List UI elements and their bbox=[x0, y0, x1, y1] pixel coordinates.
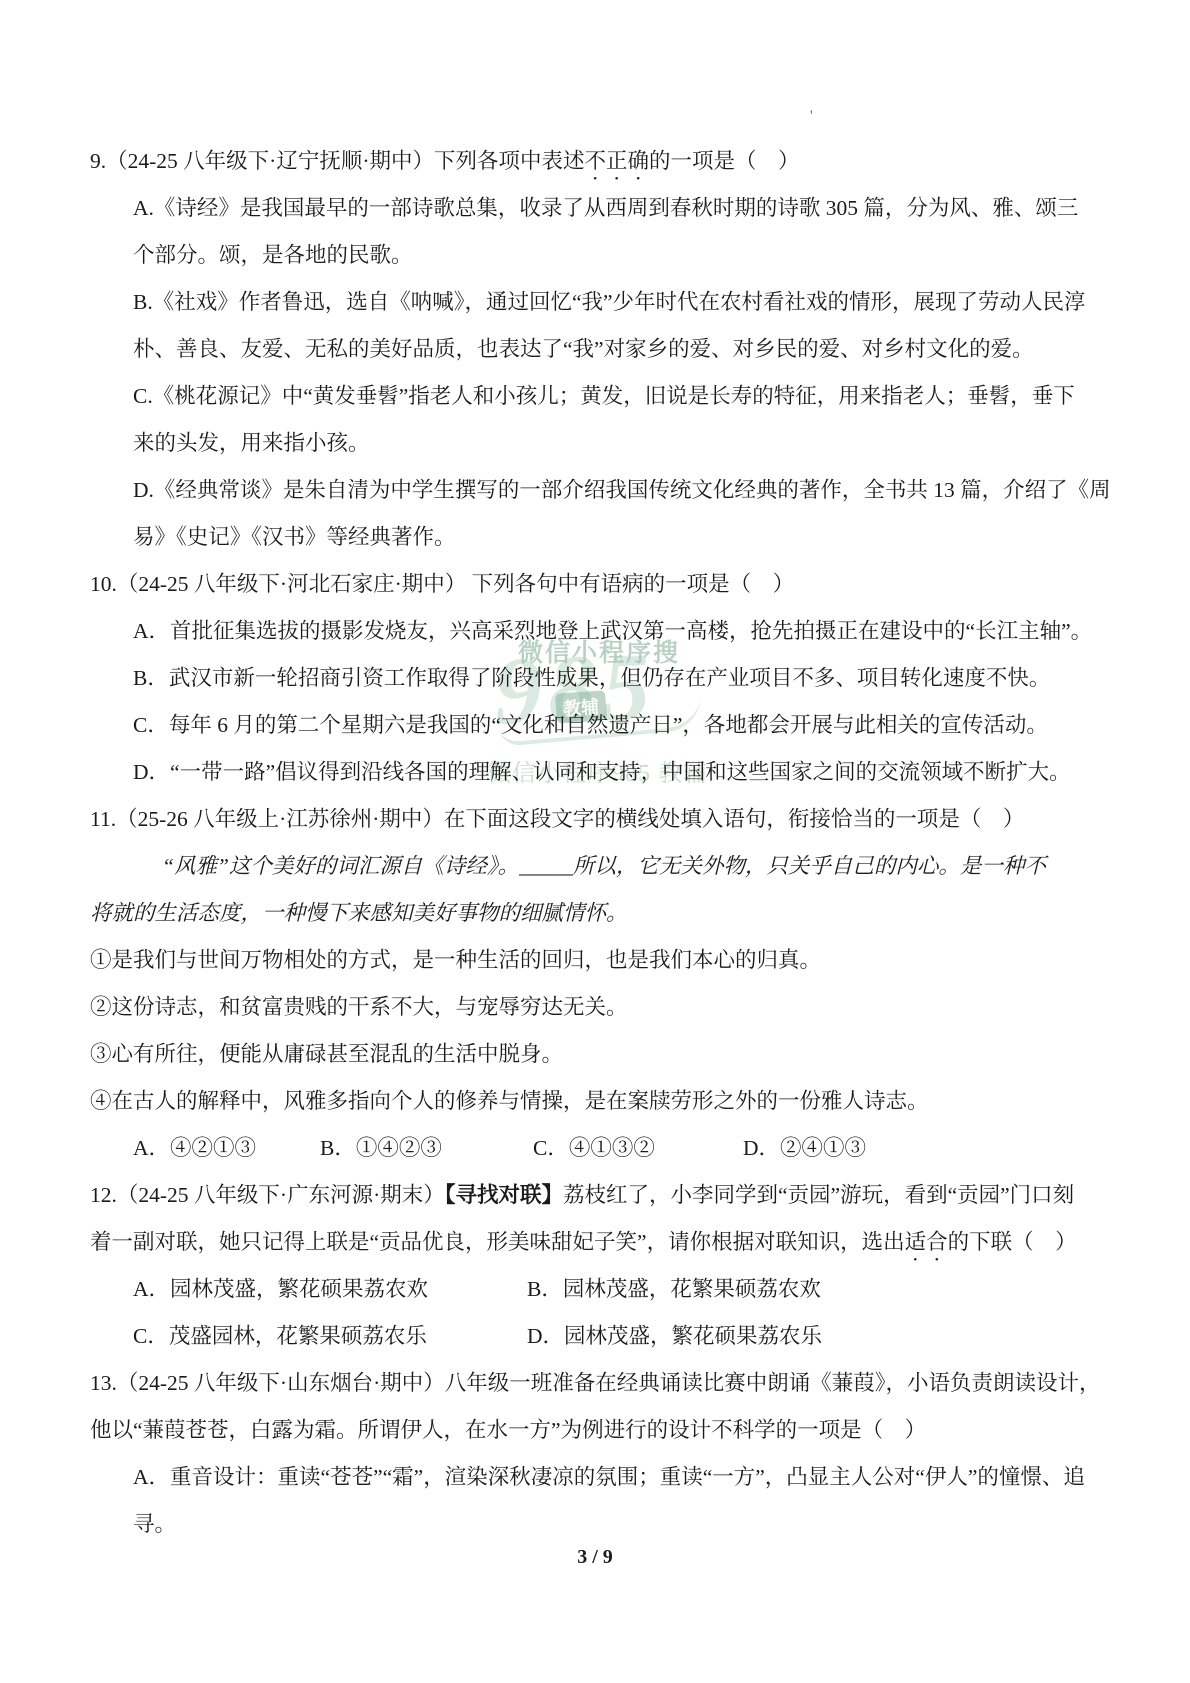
question-13-option-a-line-1: A．重音设计：重读“苍苍”“霜”，渲染深秋凄凉的氛围；重读“一方”，凸显主人公对… bbox=[90, 1454, 1102, 1501]
question-9-stem-pre: 9.（24-25 八年级下·辽宁抚顺·期中）下列各项中表述 bbox=[90, 149, 584, 173]
question-11-sentence-4: ④在古人的解释中，风雅多指向个人的修养与情操，是在案牍劳形之外的一份雅人诗志。 bbox=[90, 1078, 1102, 1125]
question-12-stem-text: 荔枝红了，小李同学到“贡园”游玩，看到“贡园”门口刻 bbox=[563, 1183, 1074, 1207]
question-11-option-d: D．②④①③ bbox=[743, 1136, 866, 1160]
question-9-option-b-line-1: B.《社戏》作者鲁迅，选自《呐喊》，通过回忆“我”少年时代在农村看社戏的情形，展… bbox=[90, 279, 1102, 326]
question-9-option-c-line-1: C.《桃花源记》中“黄发垂髫”指老人和小孩儿；黄发，旧说是长寿的特征，用来指老人… bbox=[90, 373, 1102, 420]
question-9-option-d-line-1: D.《经典常谈》是朱自清为中学生撰写的一部介绍我国传统文化经典的著作，全书共 1… bbox=[90, 467, 1102, 514]
question-12-options-row-2: C．茂盛园林，花繁果硕荔农乐D．园林茂盛，繁花硕果荔农乐 bbox=[90, 1313, 1102, 1360]
question-11-option-c: C．④①③② bbox=[533, 1125, 743, 1172]
question-13-option-a-line-2: 寻。 bbox=[90, 1501, 1102, 1548]
question-9-option-a-line-2: 个部分。颂，是各地的民歌。 bbox=[90, 232, 1102, 279]
question-11-sentence-3: ③心有所往，便能从庸碌甚至混乱的生活中脱身。 bbox=[90, 1031, 1102, 1078]
question-9-stem: 9.（24-25 八年级下·辽宁抚顺·期中）下列各项中表述不正确的一项是（ ） bbox=[90, 138, 1102, 185]
question-12-stem-source: 12.（24-25 八年级下·广东河源·期末） bbox=[90, 1183, 445, 1207]
question-12-stem-line-2-pre: 着一副对联，她只记得上联是“贡品优良，形美味甜妃子笑”，请你根据对联知识，选出 bbox=[90, 1230, 905, 1254]
question-9-option-d-line-2: 易》《史记》《汉书》等经典著作。 bbox=[90, 514, 1102, 561]
question-11-sentence-1: ①是我们与世间万物相处的方式，是一种生活的回归，也是我们本心的归真。 bbox=[90, 937, 1102, 984]
question-12-options-row-1: A．园林茂盛，繁花硕果荔农欢B．园林茂盛，花繁果硕荔农欢 bbox=[90, 1266, 1102, 1313]
question-12-option-d: D．园林茂盛，繁花硕果荔农乐 bbox=[527, 1324, 822, 1348]
question-12-stem-line-2-post: 的下联（ ） bbox=[948, 1230, 1077, 1254]
question-11-options: A．④②①③B．①④②③C．④①③②D．②④①③ bbox=[90, 1125, 1102, 1172]
question-10-option-c: C．每年 6 月的第二个星期六是我国的“文化和自然遗产日”，各地都会开展与此相关… bbox=[90, 702, 1102, 749]
page-number: 3 / 9 bbox=[0, 1546, 1190, 1569]
question-13-stem-line-2: 他以“蒹葭苍苍，白露为霜。所谓伊人，在水一方”为例进行的设计不科学的一项是（ ） bbox=[90, 1407, 1102, 1454]
question-11-sentence-2: ②这份诗志，和贫富贵贱的干系不大，与宠辱穷达无关。 bbox=[90, 984, 1102, 1031]
question-9-stem-post: 的一项是（ ） bbox=[649, 149, 800, 173]
question-9-option-b-line-2: 朴、善良、友爱、无私的美好品质，也表达了“我”对家乡的爱、对乡民的爱、对乡村文化… bbox=[90, 326, 1102, 373]
question-11-option-b: B．①④②③ bbox=[320, 1125, 533, 1172]
question-12-stem-task-tag: 【寻找对联】 bbox=[445, 1183, 563, 1207]
question-11-stem: 11.（25-26 八年级上·江苏徐州·期中）在下面这段文字的横线处填入语句，衔… bbox=[90, 796, 1102, 843]
question-12-option-b: B．园林茂盛，花繁果硕荔农欢 bbox=[527, 1277, 821, 1301]
question-11-passage-line-1: “风雅”这个美好的词汇源自《诗经》。_____所以，它无关外物，只关乎自己的内心… bbox=[90, 843, 1102, 890]
question-12-stem-line-2: 着一副对联，她只记得上联是“贡品优良，形美味甜妃子笑”，请你根据对联知识，选出适… bbox=[90, 1219, 1102, 1266]
question-9-option-a-line-1: A.《诗经》是我国最早的一部诗歌总集，收录了从西周到春秋时期的诗歌 305 篇，… bbox=[90, 185, 1102, 232]
question-10-option-a: A．首批征集选拔的摄影发烧友，兴高采烈地登上武汉第一高楼，抢先拍摄正在建设中的“… bbox=[90, 608, 1102, 655]
question-10-option-b: B．武汉市新一轮招商引资工作取得了阶段性成果，但仍存在产业项目不多、项目转化速度… bbox=[90, 655, 1102, 702]
question-13-stem-line-1: 13.（24-25 八年级下·山东烟台·期中）八年级一班准备在经典诵读比赛中朗诵… bbox=[90, 1360, 1102, 1407]
question-12-option-c: C．茂盛园林，花繁果硕荔农乐 bbox=[133, 1313, 527, 1360]
question-9-option-c-line-2: 来的头发，用来指小孩。 bbox=[90, 420, 1102, 467]
question-12-stem-line-1: 12.（24-25 八年级下·广东河源·期末）【寻找对联】荔枝红了，小李同学到“… bbox=[90, 1172, 1102, 1219]
page-content: 9.（24-25 八年级下·辽宁抚顺·期中）下列各项中表述不正确的一项是（ ） … bbox=[90, 138, 1102, 1548]
question-9-stem-emphasis: 不正确 bbox=[584, 149, 649, 173]
stray-mark: ' bbox=[810, 108, 813, 125]
question-11-option-a: A．④②①③ bbox=[133, 1125, 320, 1172]
question-12-stem-emphasis: 适合 bbox=[905, 1230, 948, 1254]
exam-page: 微信小程序搜 985 教辅 微信小程序985 教辅 ' 9.（24-25 八年级… bbox=[0, 0, 1190, 1683]
question-10-option-d: D．“一带一路”倡议得到沿线各国的理解、认同和支持，中国和这些国家之间的交流领域… bbox=[90, 749, 1102, 796]
question-12-option-a: A．园林茂盛，繁花硕果荔农欢 bbox=[133, 1266, 527, 1313]
question-11-passage-line-2: 将就的生活态度，一种慢下来感知美好事物的细腻情怀。 bbox=[90, 890, 1102, 937]
question-10-stem: 10.（24-25 八年级下·河北石家庄·期中） 下列各句中有语病的一项是（ ） bbox=[90, 561, 1102, 608]
